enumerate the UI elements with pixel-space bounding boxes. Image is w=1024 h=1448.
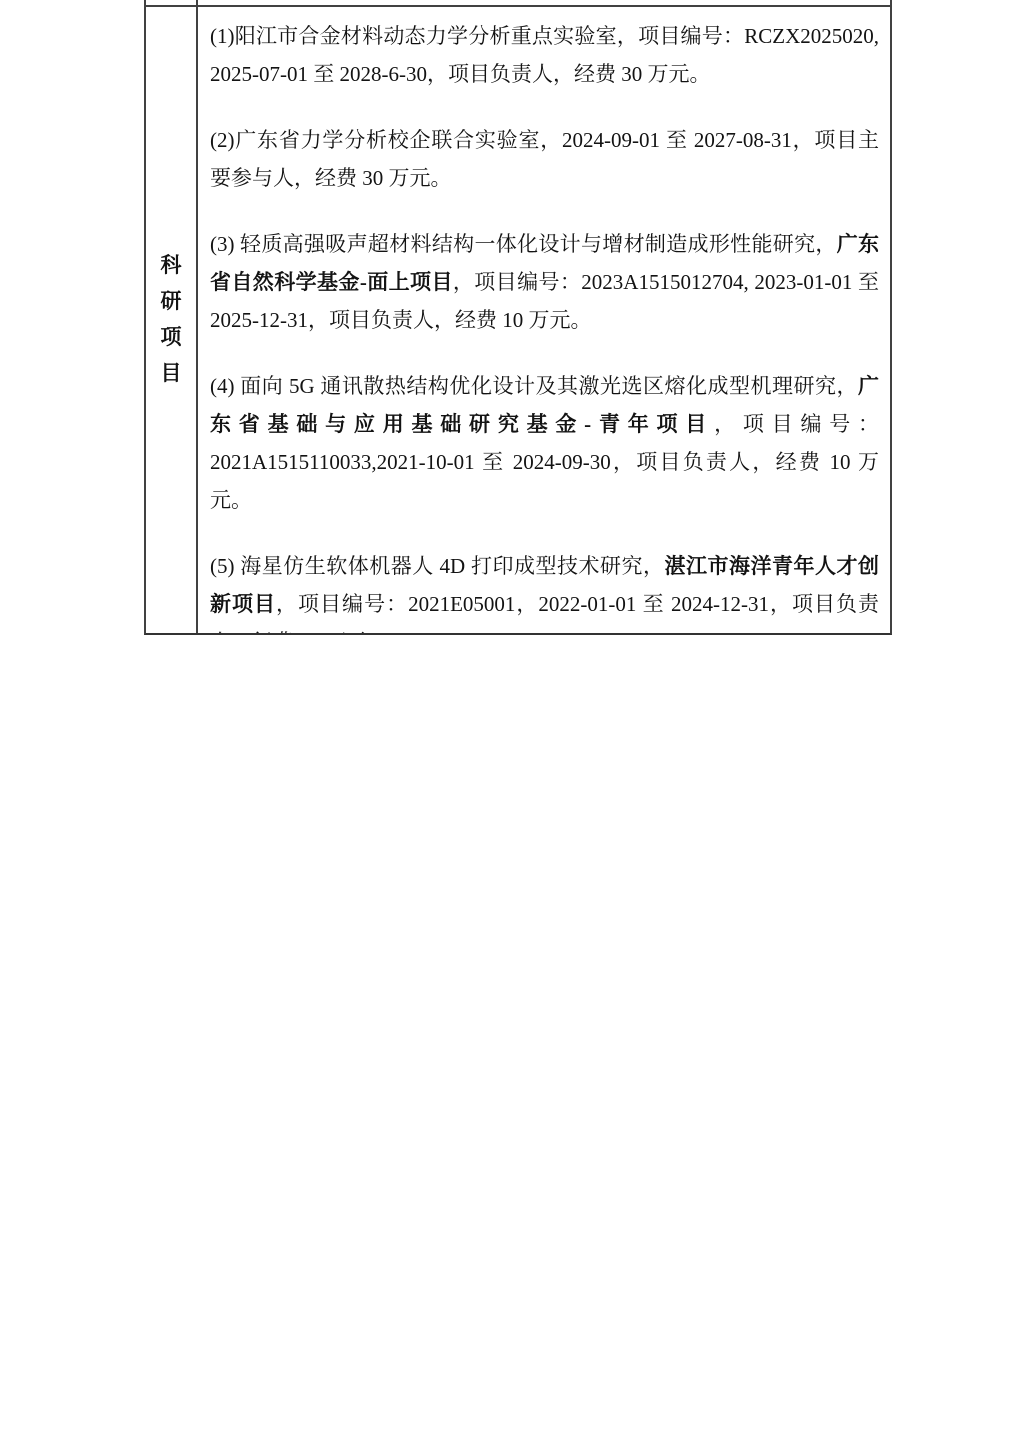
project-text: (2)广东省力学分析校企联合实验室，2024-09-01 至 2027-08-3…	[210, 128, 879, 190]
project-item-3: (3) 轻质高强吸声超材料结构一体化设计与增材制造成形性能研究，广东省自然科学基…	[210, 225, 879, 339]
row-header-char: 目	[146, 355, 196, 391]
projects-cell: (1)阳江市合金材料动态力学分析重点实验室，项目编号：RCZX2025020, …	[198, 7, 890, 633]
row-header-cell: 科 研 项 目	[146, 0, 196, 633]
row-header-char: 科	[146, 247, 196, 283]
project-item-4: (4) 面向 5G 通讯散热结构优化设计及其激光选区熔化成型机理研究，广东省基础…	[210, 367, 879, 519]
project-text: (3) 轻质高强吸声超材料结构一体化设计与增材制造成形性能研究，	[210, 232, 837, 256]
project-text: (5) 海星仿生软体机器人 4D 打印成型技术研究，	[210, 554, 664, 578]
projects-table: 科 研 项 目 (1)阳江市合金材料动态力学分析重点实验室，项目编号：RCZX2…	[144, 0, 892, 635]
project-text: (1)阳江市合金材料动态力学分析重点实验室，项目编号：RCZX2025020, …	[210, 24, 879, 86]
project-text: (4) 面向 5G 通讯散热结构优化设计及其激光选区熔化成型机理研究，	[210, 374, 858, 398]
row-header-char: 项	[146, 319, 196, 355]
project-item-2: (2)广东省力学分析校企联合实验室，2024-09-01 至 2027-08-3…	[210, 121, 879, 197]
project-text: ，项目编号：2021E05001，2022-01-01 至 2024-12-31…	[210, 592, 879, 633]
row-header-char: 研	[146, 283, 196, 319]
row-header-vertical-label: 科 研 项 目	[146, 247, 196, 391]
project-item-5: (5) 海星仿生软体机器人 4D 打印成型技术研究，湛江市海洋青年人才创新项目，…	[210, 547, 879, 633]
project-item-1: (1)阳江市合金材料动态力学分析重点实验室，项目编号：RCZX2025020, …	[210, 17, 879, 93]
